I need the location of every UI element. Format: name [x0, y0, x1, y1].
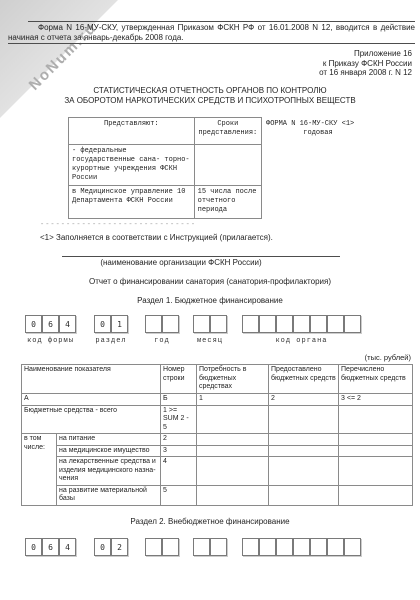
- footnote-separator: ------------------------------: [40, 221, 196, 229]
- finance-row-base-label: на развитие материальной базы: [57, 485, 161, 505]
- code-cell: [293, 538, 310, 556]
- finance-empty-cell: [339, 434, 413, 446]
- appendix-line-3: от 16 января 2008 г. N 12: [319, 68, 412, 78]
- header-note-bottom-rule: [8, 43, 415, 44]
- finance-col-line: Номер строки: [161, 365, 197, 394]
- finance-col-need: Потребность в бюджетных средствах: [197, 365, 269, 394]
- code-group-year-label: год: [145, 337, 179, 345]
- organization-caption: (наименование организации ФСКН России): [62, 257, 340, 267]
- finance-col-provided: Предоставлено бюджетных средств: [269, 365, 339, 394]
- finance-col-transferred: Перечислено бюджетных средств: [339, 365, 413, 394]
- code-group-month: [193, 538, 227, 556]
- code-cell: 6: [42, 538, 59, 556]
- code-cell: [162, 538, 179, 556]
- code-cell: [327, 315, 344, 333]
- code-group-form: 0 6 4 код формы: [25, 315, 76, 345]
- code-group-year: год: [145, 315, 179, 345]
- appendix-block: Приложение 16 к Приказу ФСКН России от 1…: [319, 49, 412, 78]
- report-title: Отчет о финансировании санатория (санато…: [0, 277, 420, 286]
- code-cell: [242, 315, 259, 333]
- finance-empty-cell: [197, 434, 269, 446]
- code-cell: [193, 315, 210, 333]
- code-cell: [193, 538, 210, 556]
- finance-empty-cell: [339, 445, 413, 457]
- code-cell: 0: [25, 315, 42, 333]
- appendix-line-2: к Приказу ФСКН России: [319, 59, 412, 69]
- code-cell: 4: [59, 315, 76, 333]
- submission-col-who: Представляют:: [69, 118, 195, 145]
- code-cell: 2: [111, 538, 128, 556]
- code-cell: [162, 315, 179, 333]
- section1-title: Раздел 1. Бюджетное финансирование: [0, 296, 420, 305]
- finance-idx-2: 2: [269, 394, 339, 406]
- finance-idx-a: А: [22, 394, 161, 406]
- code-group-month-label: месяц: [193, 337, 227, 345]
- code-group-form: 0 6 4: [25, 538, 76, 556]
- header-note-text: Форма N 16-МУ-СКУ, утвержденная Приказом…: [8, 22, 415, 43]
- finance-empty-cell: [269, 434, 339, 446]
- finance-empty-cell: [269, 405, 339, 434]
- code-cell: [293, 315, 310, 333]
- finance-empty-cell: [269, 445, 339, 457]
- code-cell: [259, 538, 276, 556]
- finance-empty-cell: [269, 457, 339, 486]
- finance-empty-cell: [197, 445, 269, 457]
- code-group-section-label: раздел: [94, 337, 128, 345]
- code-boxes-section2: 0 6 4 0 2: [25, 538, 361, 556]
- code-cell: 1: [111, 315, 128, 333]
- finance-row-food-label: на питание: [57, 434, 161, 446]
- finance-row-total-line: 1 >= SUM 2 - 5: [161, 405, 197, 434]
- code-group-section: 0 2: [94, 538, 128, 556]
- code-group-form-label: код формы: [25, 337, 76, 345]
- code-cell: [310, 538, 327, 556]
- finance-row-base-line: 5: [161, 485, 197, 505]
- units-note: (тыс. рублей): [365, 353, 411, 362]
- submission-row2-when: 15 числа после отчетного периода: [194, 186, 261, 219]
- code-group-organ: [242, 538, 361, 556]
- code-cell: [210, 538, 227, 556]
- form-number-line: ФОРМА N 16-МУ-СКУ <1>: [266, 120, 386, 129]
- submission-row2-who: в Медицинское управление 10 Департамента…: [69, 186, 195, 219]
- page-title-line-1: СТАТИСТИЧЕСКАЯ ОТЧЕТНОСТЬ ОРГАНОВ ПО КОН…: [0, 86, 420, 96]
- finance-group-label: в том числе:: [22, 434, 57, 506]
- form-number-label: ФОРМА N 16-МУ-СКУ <1> годовая: [266, 120, 386, 138]
- code-cell: [327, 538, 344, 556]
- header-note: Форма N 16-МУ-СКУ, утвержденная Приказом…: [8, 21, 415, 44]
- finance-row-drugs-line: 4: [161, 457, 197, 486]
- finance-row-food-line: 2: [161, 434, 197, 446]
- code-cell: [344, 538, 361, 556]
- code-cell: [310, 315, 327, 333]
- section2-title: Раздел 2. Внебюджетное финансирование: [0, 517, 420, 526]
- finance-idx-1: 1: [197, 394, 269, 406]
- finance-empty-cell: [339, 485, 413, 505]
- finance-row-med-label: на медицинское имущество: [57, 445, 161, 457]
- organization-signature-line: (наименование организации ФСКН России): [62, 256, 340, 267]
- finance-empty-cell: [197, 485, 269, 505]
- submission-row1-who: - федеральные государственные сана- торн…: [69, 145, 195, 186]
- submission-table: Представляют: Сроки представления: - фед…: [68, 117, 262, 219]
- finance-row-med-line: 3: [161, 445, 197, 457]
- finance-empty-cell: [269, 485, 339, 505]
- finance-col-name: Наименование показателя: [22, 365, 161, 394]
- appendix-line-1: Приложение 16: [319, 49, 412, 59]
- form-periodicity: годовая: [266, 129, 370, 138]
- finance-idx-b: Б: [161, 394, 197, 406]
- code-group-organ-label: код органа: [242, 337, 361, 345]
- code-cell: [344, 315, 361, 333]
- code-boxes-section1: 0 6 4 код формы 0 1 раздел год: [25, 315, 361, 345]
- code-cell: [276, 315, 293, 333]
- finance-empty-cell: [339, 405, 413, 434]
- finance-empty-cell: [197, 457, 269, 486]
- page-title-line-2: ЗА ОБОРОТОМ НАРКОТИЧЕСКИХ СРЕДСТВ И ПСИХ…: [0, 96, 420, 106]
- code-group-organ: код органа: [242, 315, 361, 345]
- finance-idx-3: 3 <= 2: [339, 394, 413, 406]
- code-cell: [145, 538, 162, 556]
- code-cell: 0: [94, 315, 111, 333]
- code-group-month: месяц: [193, 315, 227, 345]
- finance-empty-cell: [339, 457, 413, 486]
- footnote-text: <1> Заполняется в соответствии с Инструк…: [40, 233, 273, 242]
- finance-empty-cell: [197, 405, 269, 434]
- code-cell: [210, 315, 227, 333]
- submission-col-when: Сроки представления:: [194, 118, 261, 145]
- code-cell: [145, 315, 162, 333]
- code-cell: 4: [59, 538, 76, 556]
- code-cell: 0: [94, 538, 111, 556]
- code-group-section: 0 1 раздел: [94, 315, 128, 345]
- finance-table: Наименование показателя Номер строки Пот…: [21, 364, 413, 506]
- code-cell: 6: [42, 315, 59, 333]
- page-title: СТАТИСТИЧЕСКАЯ ОТЧЕТНОСТЬ ОРГАНОВ ПО КОН…: [0, 86, 420, 106]
- code-cell: 0: [25, 538, 42, 556]
- code-group-year: [145, 538, 179, 556]
- submission-row1-when: [194, 145, 261, 186]
- code-cell: [242, 538, 259, 556]
- code-cell: [276, 538, 293, 556]
- finance-row-drugs-label: на лекарственные средства и изделия меди…: [57, 457, 161, 486]
- code-cell: [259, 315, 276, 333]
- finance-row-total-label: Бюджетные средства - всего: [22, 405, 161, 434]
